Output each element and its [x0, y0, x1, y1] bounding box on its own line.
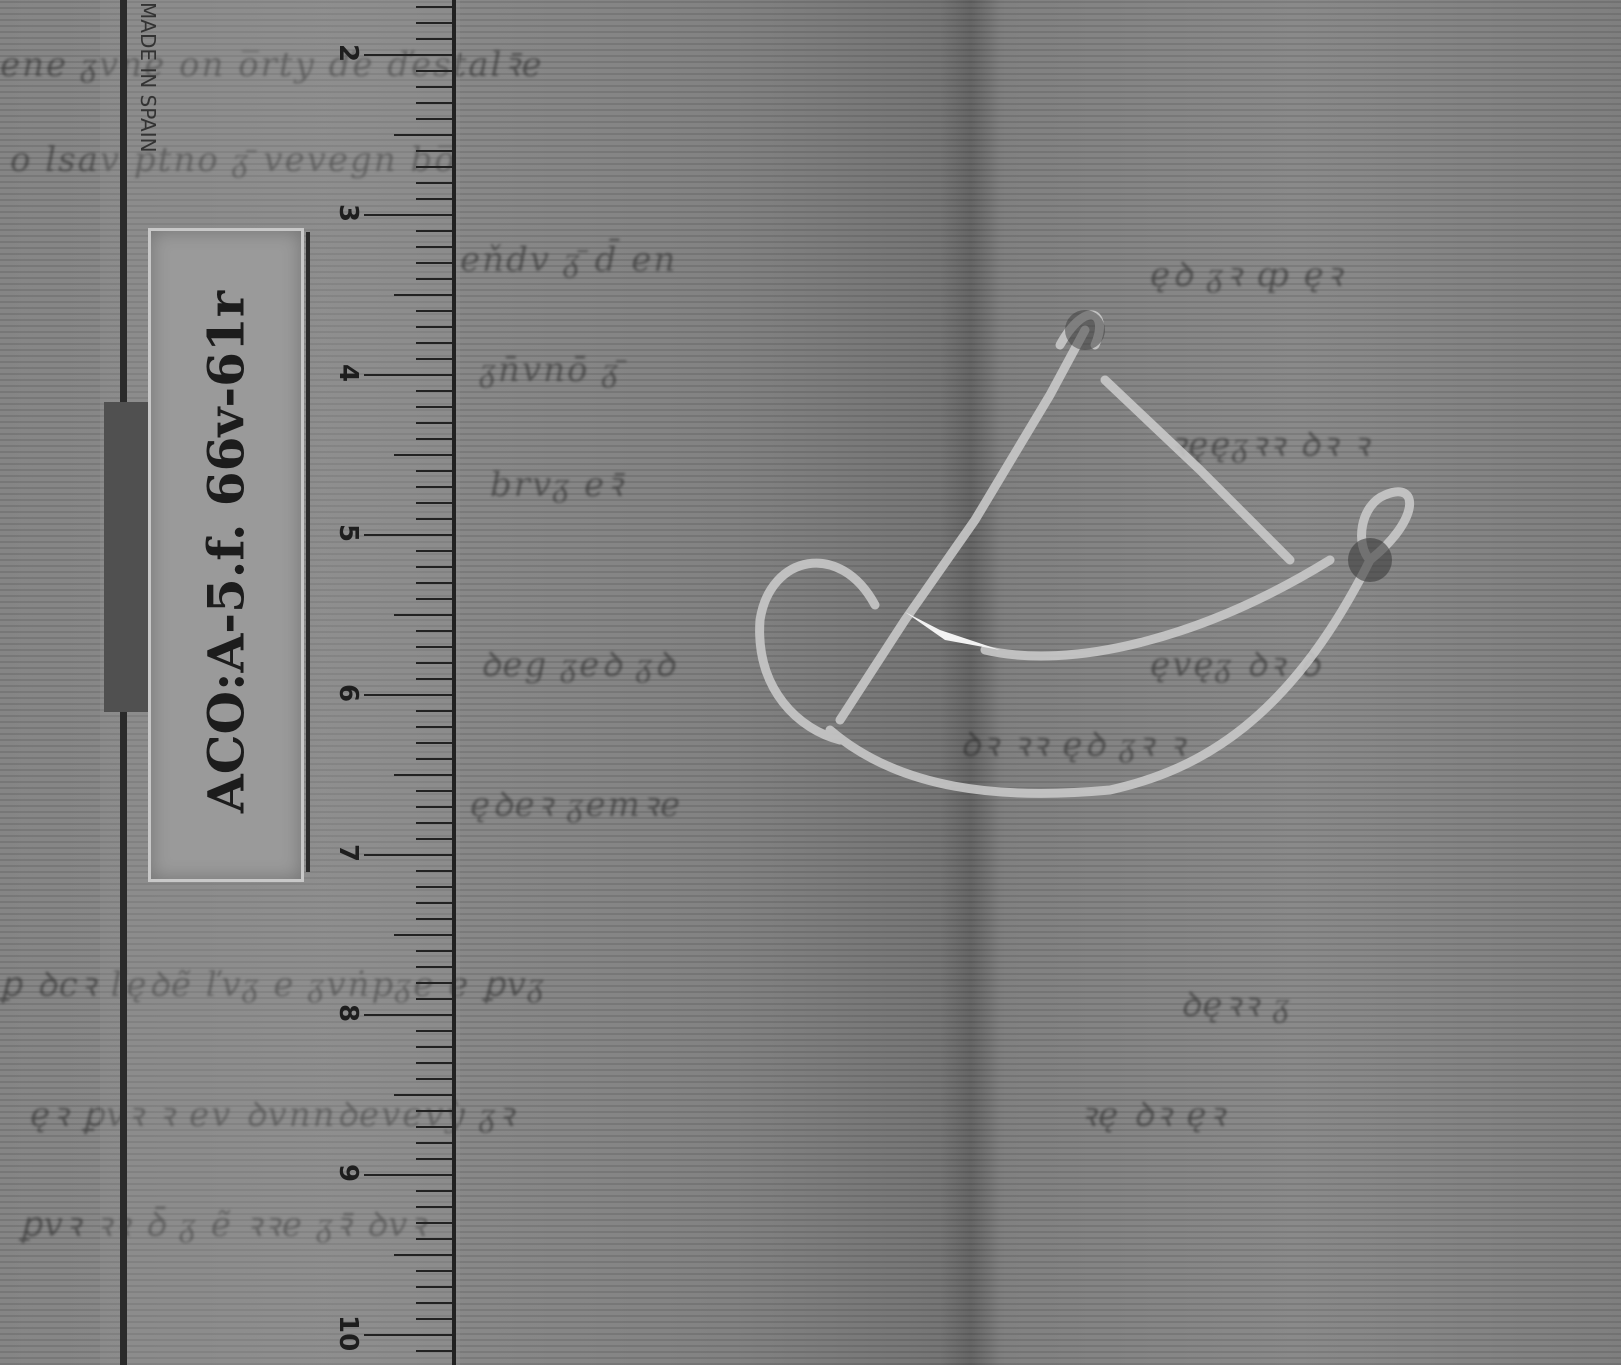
- ruler-tick: [416, 1062, 454, 1064]
- ruler-tick: [416, 646, 454, 648]
- ruler-tick: [416, 1142, 454, 1144]
- ruler-tick: [416, 86, 454, 88]
- ruler-tick: [394, 614, 454, 616]
- ruler-tick: [416, 982, 454, 984]
- ruler-tick: [416, 1206, 454, 1208]
- ruler-number: 7: [333, 835, 363, 871]
- ruler-tick: [416, 1238, 454, 1240]
- ruler-tick: [416, 1318, 454, 1320]
- ruler-tick: [416, 22, 454, 24]
- ruler-tick: [416, 502, 454, 504]
- ruler-tick: [416, 310, 454, 312]
- ruler-number: 9: [333, 1155, 363, 1191]
- ruler-tick: [416, 230, 454, 232]
- ruler-tick: [416, 118, 454, 120]
- ruler-tick: [416, 6, 454, 8]
- ruler-tick: [416, 838, 454, 840]
- ruler-number: 3: [333, 195, 363, 231]
- ruler-tick: [416, 438, 454, 440]
- ruler-tick: [416, 1110, 454, 1112]
- ruler-tick: [416, 582, 454, 584]
- ruler-stamp: MADE IN SPAIN: [136, 2, 160, 153]
- ruler-tick: [416, 870, 454, 872]
- ruler-tick: [394, 774, 454, 776]
- ruler-tick: [416, 758, 454, 760]
- ruler-tick: [416, 742, 454, 744]
- ruler-tick: [394, 1254, 454, 1256]
- ruler-tick: [416, 998, 454, 1000]
- ruler-tick: [416, 1046, 454, 1048]
- ruler-number: 4: [333, 355, 363, 391]
- ruler-tick: [416, 486, 454, 488]
- ruler-tick: [364, 54, 454, 56]
- ruler-tick: [416, 262, 454, 264]
- ruler-tick: [416, 326, 454, 328]
- ruler-tick: [394, 934, 454, 936]
- ruler-tick: [416, 598, 454, 600]
- ruler-tick: [416, 1030, 454, 1032]
- ruler-tick: [364, 1174, 454, 1176]
- shelfmark-text: ACO:A-5.f. 66v-61r: [197, 291, 256, 813]
- ruler-tick: [416, 278, 454, 280]
- ruler-tick: [416, 886, 454, 888]
- ruler-tick: [416, 1270, 454, 1272]
- ruler-tick: [364, 534, 454, 536]
- ruler-tick: [416, 790, 454, 792]
- label-rule-line: [306, 232, 310, 872]
- ruler-tick: [416, 166, 454, 168]
- ruler-tick: [416, 342, 454, 344]
- ruler-tick: [416, 422, 454, 424]
- ruler-tick: [416, 966, 454, 968]
- ruler-tick: [416, 902, 454, 904]
- ruler-tick: [364, 374, 454, 376]
- ruler-tick: [416, 1222, 454, 1224]
- ruler-tick: [394, 1094, 454, 1096]
- ruler-tick: [416, 38, 454, 40]
- ruler-tick: [416, 406, 454, 408]
- ruler-tick: [416, 1126, 454, 1128]
- ruler-tick: [416, 470, 454, 472]
- manuscript-photo: ene ᵹvne on o̅rty ďe ďestalꝛ̄e o lsav pt…: [0, 0, 1621, 1365]
- ruler-tick: [416, 150, 454, 152]
- ruler-tick: [416, 918, 454, 920]
- ruler-tick: [416, 710, 454, 712]
- ruler-tick: [416, 1350, 454, 1352]
- ruler-tick: [364, 694, 454, 696]
- ruler-tick: [416, 70, 454, 72]
- ruler-tick: [364, 1014, 454, 1016]
- ruler-tick: [416, 662, 454, 664]
- ruler-tick: [416, 1302, 454, 1304]
- ruler-tick: [364, 854, 454, 856]
- ruler-tick: [416, 806, 454, 808]
- ruler-tick: [416, 198, 454, 200]
- paper-tear: [905, 612, 1000, 650]
- ruler-tick: [416, 1286, 454, 1288]
- ruler-tick: [416, 246, 454, 248]
- ruler-tick: [416, 678, 454, 680]
- ruler-tick: [416, 358, 454, 360]
- ruler-tick: [416, 1158, 454, 1160]
- ruler-tick: [416, 390, 454, 392]
- ruler-tick: [416, 518, 454, 520]
- ruler-tick: [394, 454, 454, 456]
- ruler-tick: [416, 102, 454, 104]
- ruler-tick: [416, 182, 454, 184]
- ruler-number: 10: [333, 1315, 363, 1351]
- ruler-tick: [416, 566, 454, 568]
- ruler-tick: [416, 726, 454, 728]
- ruler-scale-edge: [452, 0, 456, 1365]
- ruler-tick: [394, 294, 454, 296]
- ruler-tick: [416, 1078, 454, 1080]
- ruler-number: 6: [333, 675, 363, 711]
- ruler-tick: [416, 1190, 454, 1192]
- ruler-tick: [394, 134, 454, 136]
- ruler-tick: [364, 1334, 454, 1336]
- ruler-tick: [416, 630, 454, 632]
- ruler-tick: [416, 550, 454, 552]
- ruler-number: 8: [333, 995, 363, 1031]
- ruler-number: 2: [333, 35, 363, 71]
- ruler-tick: [416, 822, 454, 824]
- ruler-number: 5: [333, 515, 363, 551]
- ruler-tick: [416, 950, 454, 952]
- ruler-tick: [364, 214, 454, 216]
